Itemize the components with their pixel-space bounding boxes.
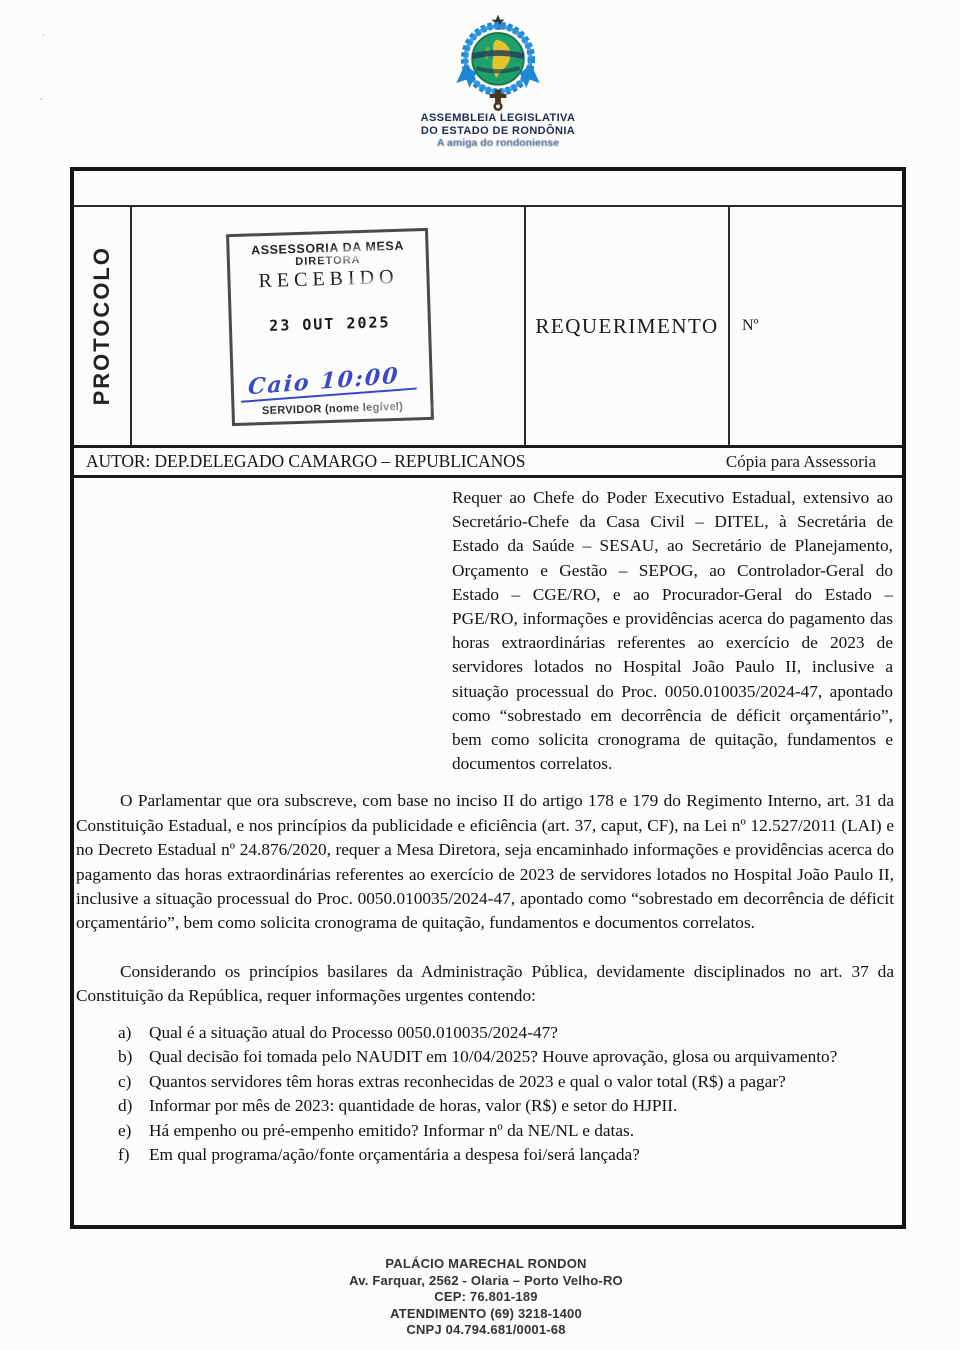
list-item-marker: d)	[118, 1094, 140, 1119]
form-top-strip	[74, 171, 902, 207]
list-item-text: Qual decisão foi tomada pelo NAUDIT em 1…	[140, 1045, 886, 1070]
list-item-text: Informar por mês de 2023: quantidade de …	[140, 1094, 886, 1119]
footer-cnpj: CNPJ 04.794.681/0001-68	[6, 1322, 960, 1339]
main-paragraph: O Parlamentar que ora subscreve, com bas…	[76, 789, 894, 935]
assembly-coat-of-arms-icon	[448, 12, 548, 114]
footer-phone: ATENDIMENTO (69) 3218-1400	[6, 1306, 960, 1323]
protocol-label: PROTOCOLO	[89, 246, 115, 405]
letter-footer: PALÁCIO MARECHAL RONDON Av. Farquar, 256…	[6, 1256, 960, 1339]
org-name-line2: DO ESTADO DE RONDÔNIA	[348, 125, 648, 138]
form-header-row: PROTOCOLO ASSESSORIA DA MESA DIRETORA RE…	[74, 207, 902, 445]
org-name-line1: ASSEMBLEIA LEGISLATIVA	[348, 112, 648, 125]
considering-paragraph: Considerando os princípios basilares da …	[76, 960, 894, 1009]
list-item-text: Quantos servidores têm horas extras reco…	[140, 1070, 886, 1095]
list-item-marker: c)	[118, 1070, 140, 1095]
list-item-marker: f)	[118, 1143, 140, 1168]
document-body: Requer ao Chefe do Poder Executivo Estad…	[74, 478, 902, 1224]
footer-building: PALÁCIO MARECHAL RONDON	[6, 1256, 960, 1273]
list-item-text: Em qual programa/ação/fonte orçamentária…	[140, 1143, 886, 1168]
protocol-column: PROTOCOLO	[74, 207, 132, 445]
stamp-date: 23 OUT 2025	[232, 312, 428, 336]
document-number-label: Nº	[730, 317, 759, 335]
summary-paragraph: Requer ao Chefe do Poder Executivo Estad…	[452, 486, 893, 776]
received-stamp: ASSESSORIA DA MESA DIRETORA RECEBIDO 23 …	[226, 228, 434, 426]
footer-address: Av. Farquar, 2562 - Olaria – Porto Velho…	[6, 1273, 960, 1290]
stamp-received-label: RECEBIDO	[230, 265, 427, 294]
list-item-marker: a)	[118, 1021, 140, 1046]
author-line: AUTOR: DEP.DELEGADO CAMARGO – REPUBLICAN…	[86, 451, 525, 472]
document-number-cell: Nº	[730, 207, 902, 445]
org-tagline: A amiga do rondoniense	[348, 137, 648, 149]
list-item: b) Qual decisão foi tomada pelo NAUDIT e…	[118, 1045, 886, 1070]
handwritten-signature: Caio 10:00	[241, 361, 418, 402]
list-item: d) Informar por mês de 2023: quantidade …	[118, 1094, 886, 1119]
list-item-text: Há empenho ou pré-empenho emitido? Infor…	[140, 1119, 886, 1144]
list-item-marker: b)	[118, 1045, 140, 1070]
org-name: ASSEMBLEIA LEGISLATIVA DO ESTADO DE ROND…	[348, 112, 648, 137]
questions-list: a) Qual é a situação atual do Processo 0…	[118, 1021, 886, 1168]
author-row: AUTOR: DEP.DELEGADO CAMARGO – REPUBLICAN…	[74, 445, 902, 478]
stamp-cell: ASSESSORIA DA MESA DIRETORA RECEBIDO 23 …	[132, 207, 524, 445]
scan-artifact: ˛	[40, 90, 43, 100]
document-type-label: REQUERIMENTO	[535, 314, 718, 339]
list-item-text: Qual é a situação atual do Processo 0050…	[140, 1021, 886, 1046]
document-type-cell: REQUERIMENTO	[524, 207, 730, 445]
copy-note: Cópia para Assessoria	[726, 452, 876, 472]
list-item: e) Há empenho ou pré-empenho emitido? In…	[118, 1119, 886, 1144]
footer-cep: CEP: 76.801-189	[6, 1289, 960, 1306]
protocol-form-box: PROTOCOLO ASSESSORIA DA MESA DIRETORA RE…	[70, 167, 906, 1229]
list-item: a) Qual é a situação atual do Processo 0…	[118, 1021, 886, 1046]
scan-artifact: ·	[42, 30, 45, 40]
list-item-marker: e)	[118, 1119, 140, 1144]
stamp-signature-label: SERVIDOR (nome legível)	[234, 400, 430, 418]
list-item: c) Quantos servidores têm horas extras r…	[118, 1070, 886, 1095]
list-item: f) Em qual programa/ação/fonte orçamentá…	[118, 1143, 886, 1168]
